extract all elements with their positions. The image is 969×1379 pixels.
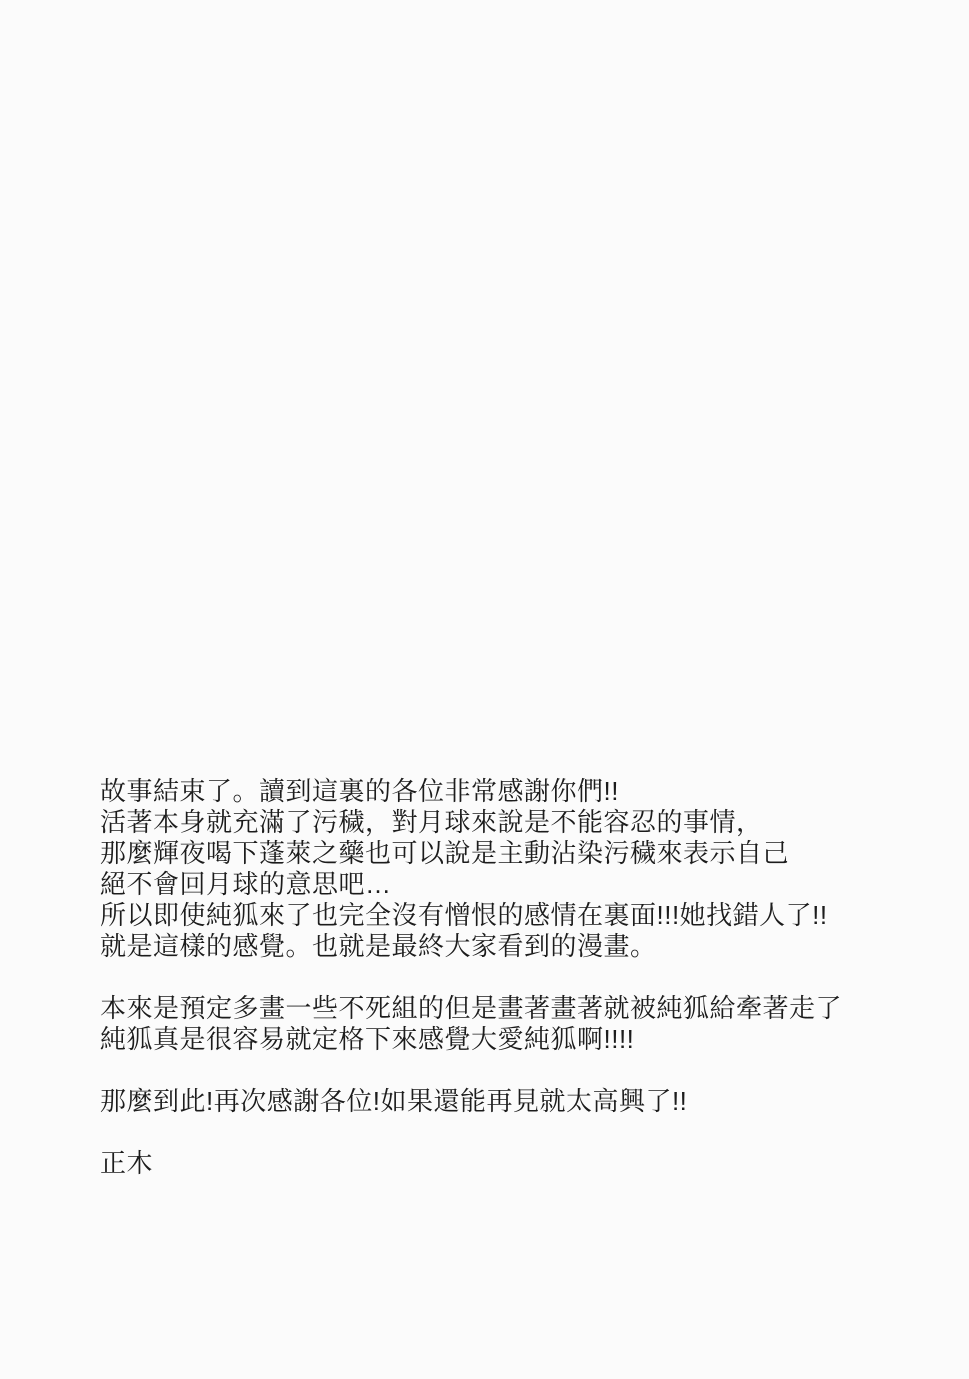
afterword-text-block: 故事結束了。讀到這裏的各位非常感謝你們!! 活著本身就充滿了污穢，對月球來說是不… (100, 776, 842, 1179)
text-line: 就是這樣的感覺。也就是最終大家看到的漫畫。 (100, 931, 842, 962)
text-line: 本來是預定多畫一些不死組的但是畫著畫著就被純狐給牽著走了 (100, 993, 842, 1024)
afterword-paragraph-3: 那麼到此!再次感謝各位!如果還能再見就太高興了!! (100, 1086, 842, 1117)
afterword-paragraph-1: 故事結束了。讀到這裏的各位非常感謝你們!! 活著本身就充滿了污穢，對月球來說是不… (100, 776, 842, 962)
afterword-page: 故事結束了。讀到這裏的各位非常感謝你們!! 活著本身就充滿了污穢，對月球來說是不… (0, 0, 969, 1379)
text-line: 活著本身就充滿了污穢，對月球來說是不能容忍的事情， (100, 807, 842, 838)
text-line: 那麼輝夜喝下蓬萊之藥也可以說是主動沾染污穢來表示自己 (100, 838, 842, 869)
author-signature: 正木 (100, 1148, 842, 1179)
text-line: 那麼到此!再次感謝各位!如果還能再見就太高興了!! (100, 1086, 842, 1117)
text-line: 絕不會回月球的意思吧… (100, 869, 842, 900)
text-line: 純狐真是很容易就定格下來感覺大愛純狐啊!!!! (100, 1024, 842, 1055)
text-line: 所以即使純狐來了也完全沒有憎恨的感情在裏面!!!她找錯人了!! (100, 900, 842, 931)
signature-block: 正木 (100, 1148, 842, 1179)
afterword-paragraph-2: 本來是預定多畫一些不死組的但是畫著畫著就被純狐給牽著走了 純狐真是很容易就定格下… (100, 993, 842, 1055)
text-line: 故事結束了。讀到這裏的各位非常感謝你們!! (100, 776, 842, 807)
